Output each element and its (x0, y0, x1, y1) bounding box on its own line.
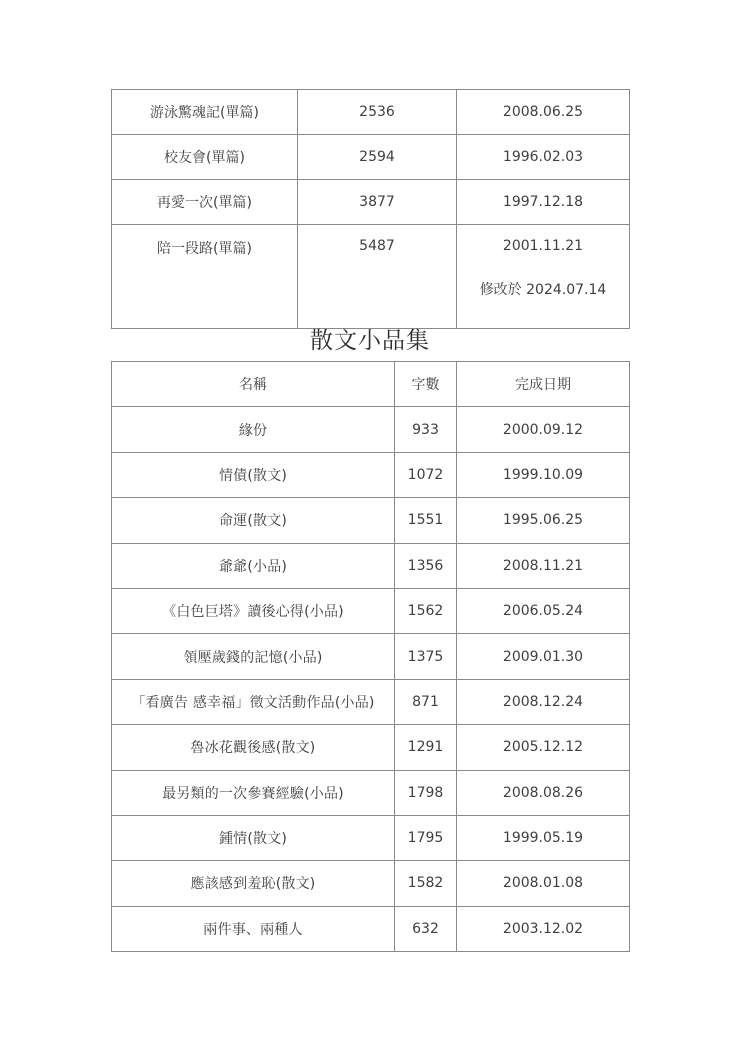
header-name: 名稱 (112, 362, 395, 407)
word-count: 1798 (395, 770, 457, 815)
word-count: 1291 (395, 725, 457, 770)
completion-date: 1999.10.09 (457, 452, 630, 497)
table-row: 鍾情(散文) 1795 1999.05.19 (112, 815, 630, 860)
word-count: 632 (395, 906, 457, 951)
work-name: 《白色巨塔》讀後心得(小品) (112, 588, 395, 633)
word-count: 871 (395, 679, 457, 724)
work-name: 情債(散文) (112, 452, 395, 497)
table-row: 應該感到羞恥(散文) 1582 2008.01.08 (112, 861, 630, 906)
table-row: 情債(散文) 1072 1999.10.09 (112, 452, 630, 497)
header-words: 字數 (395, 362, 457, 407)
single-works-table: 游泳驚魂記(單篇) 2536 2008.06.25 校友會(單篇) 2594 1… (111, 89, 630, 329)
completion-date-cell: 2001.11.21 修改於 2024.07.14 (457, 225, 630, 329)
completion-date: 2001.11.21 (503, 238, 583, 254)
work-name: 鍾情(散文) (112, 815, 395, 860)
completion-date: 2008.06.25 (457, 90, 630, 135)
table-row: 命運(散文) 1551 1995.06.25 (112, 498, 630, 543)
word-count: 2594 (298, 135, 457, 180)
table-row: 爺爺(小品) 1356 2008.11.21 (112, 543, 630, 588)
table-row: 兩件事、兩種人 632 2003.12.02 (112, 906, 630, 951)
word-count: 2536 (298, 90, 457, 135)
word-count: 1795 (395, 815, 457, 860)
work-name: 兩件事、兩種人 (112, 906, 395, 951)
completion-date: 2008.01.08 (457, 861, 630, 906)
completion-date: 2000.09.12 (457, 407, 630, 452)
work-name: 「看廣告 感幸福」徵文活動作品(小品) (112, 679, 395, 724)
work-name: 魯冰花觀後感(散文) (112, 725, 395, 770)
table-row: 「看廣告 感幸福」徵文活動作品(小品) 871 2008.12.24 (112, 679, 630, 724)
word-count: 1072 (395, 452, 457, 497)
word-count: 933 (395, 407, 457, 452)
table-row: 緣份 933 2000.09.12 (112, 407, 630, 452)
section-title: 散文小品集 (111, 322, 629, 355)
work-name: 再愛一次(單篇) (112, 180, 298, 225)
completion-date: 2003.12.02 (457, 906, 630, 951)
table-row: 再愛一次(單篇) 3877 1997.12.18 (112, 180, 630, 225)
completion-date: 1996.02.03 (457, 135, 630, 180)
completion-date: 2008.08.26 (457, 770, 630, 815)
completion-date: 2006.05.24 (457, 588, 630, 633)
completion-date: 2005.12.12 (457, 725, 630, 770)
essay-table: 名稱 字數 完成日期 緣份 933 2000.09.12 情債(散文) 1072… (111, 361, 630, 952)
completion-date: 2008.11.21 (457, 543, 630, 588)
word-count: 5487 (298, 225, 457, 329)
word-count: 3877 (298, 180, 457, 225)
table-row: 最另類的一次參賽經驗(小品) 1798 2008.08.26 (112, 770, 630, 815)
table-header-row: 名稱 字數 完成日期 (112, 362, 630, 407)
table-row: 游泳驚魂記(單篇) 2536 2008.06.25 (112, 90, 630, 135)
word-count: 1375 (395, 634, 457, 679)
word-count: 1356 (395, 543, 457, 588)
table-row: 領壓歲錢的記憶(小品) 1375 2009.01.30 (112, 634, 630, 679)
work-name: 校友會(單篇) (112, 135, 298, 180)
completion-date: 1997.12.18 (457, 180, 630, 225)
header-date: 完成日期 (457, 362, 630, 407)
completion-date: 2009.01.30 (457, 634, 630, 679)
table-row: 校友會(單篇) 2594 1996.02.03 (112, 135, 630, 180)
completion-date: 1999.05.19 (457, 815, 630, 860)
table-row: 陪一段路(單篇) 5487 2001.11.21 修改於 2024.07.14 (112, 225, 630, 329)
table-row: 魯冰花觀後感(散文) 1291 2005.12.12 (112, 725, 630, 770)
word-count: 1582 (395, 861, 457, 906)
word-count: 1551 (395, 498, 457, 543)
completion-date: 2008.12.24 (457, 679, 630, 724)
table-row: 《白色巨塔》讀後心得(小品) 1562 2006.05.24 (112, 588, 630, 633)
work-name: 最另類的一次參賽經驗(小品) (112, 770, 395, 815)
revision-note: 修改於 2024.07.14 (457, 279, 629, 299)
work-name: 陪一段路(單篇) (112, 225, 298, 329)
work-name: 命運(散文) (112, 498, 395, 543)
work-name: 領壓歲錢的記憶(小品) (112, 634, 395, 679)
work-name: 應該感到羞恥(散文) (112, 861, 395, 906)
work-name: 爺爺(小品) (112, 543, 395, 588)
work-name: 緣份 (112, 407, 395, 452)
completion-date: 1995.06.25 (457, 498, 630, 543)
work-name: 游泳驚魂記(單篇) (112, 90, 298, 135)
word-count: 1562 (395, 588, 457, 633)
